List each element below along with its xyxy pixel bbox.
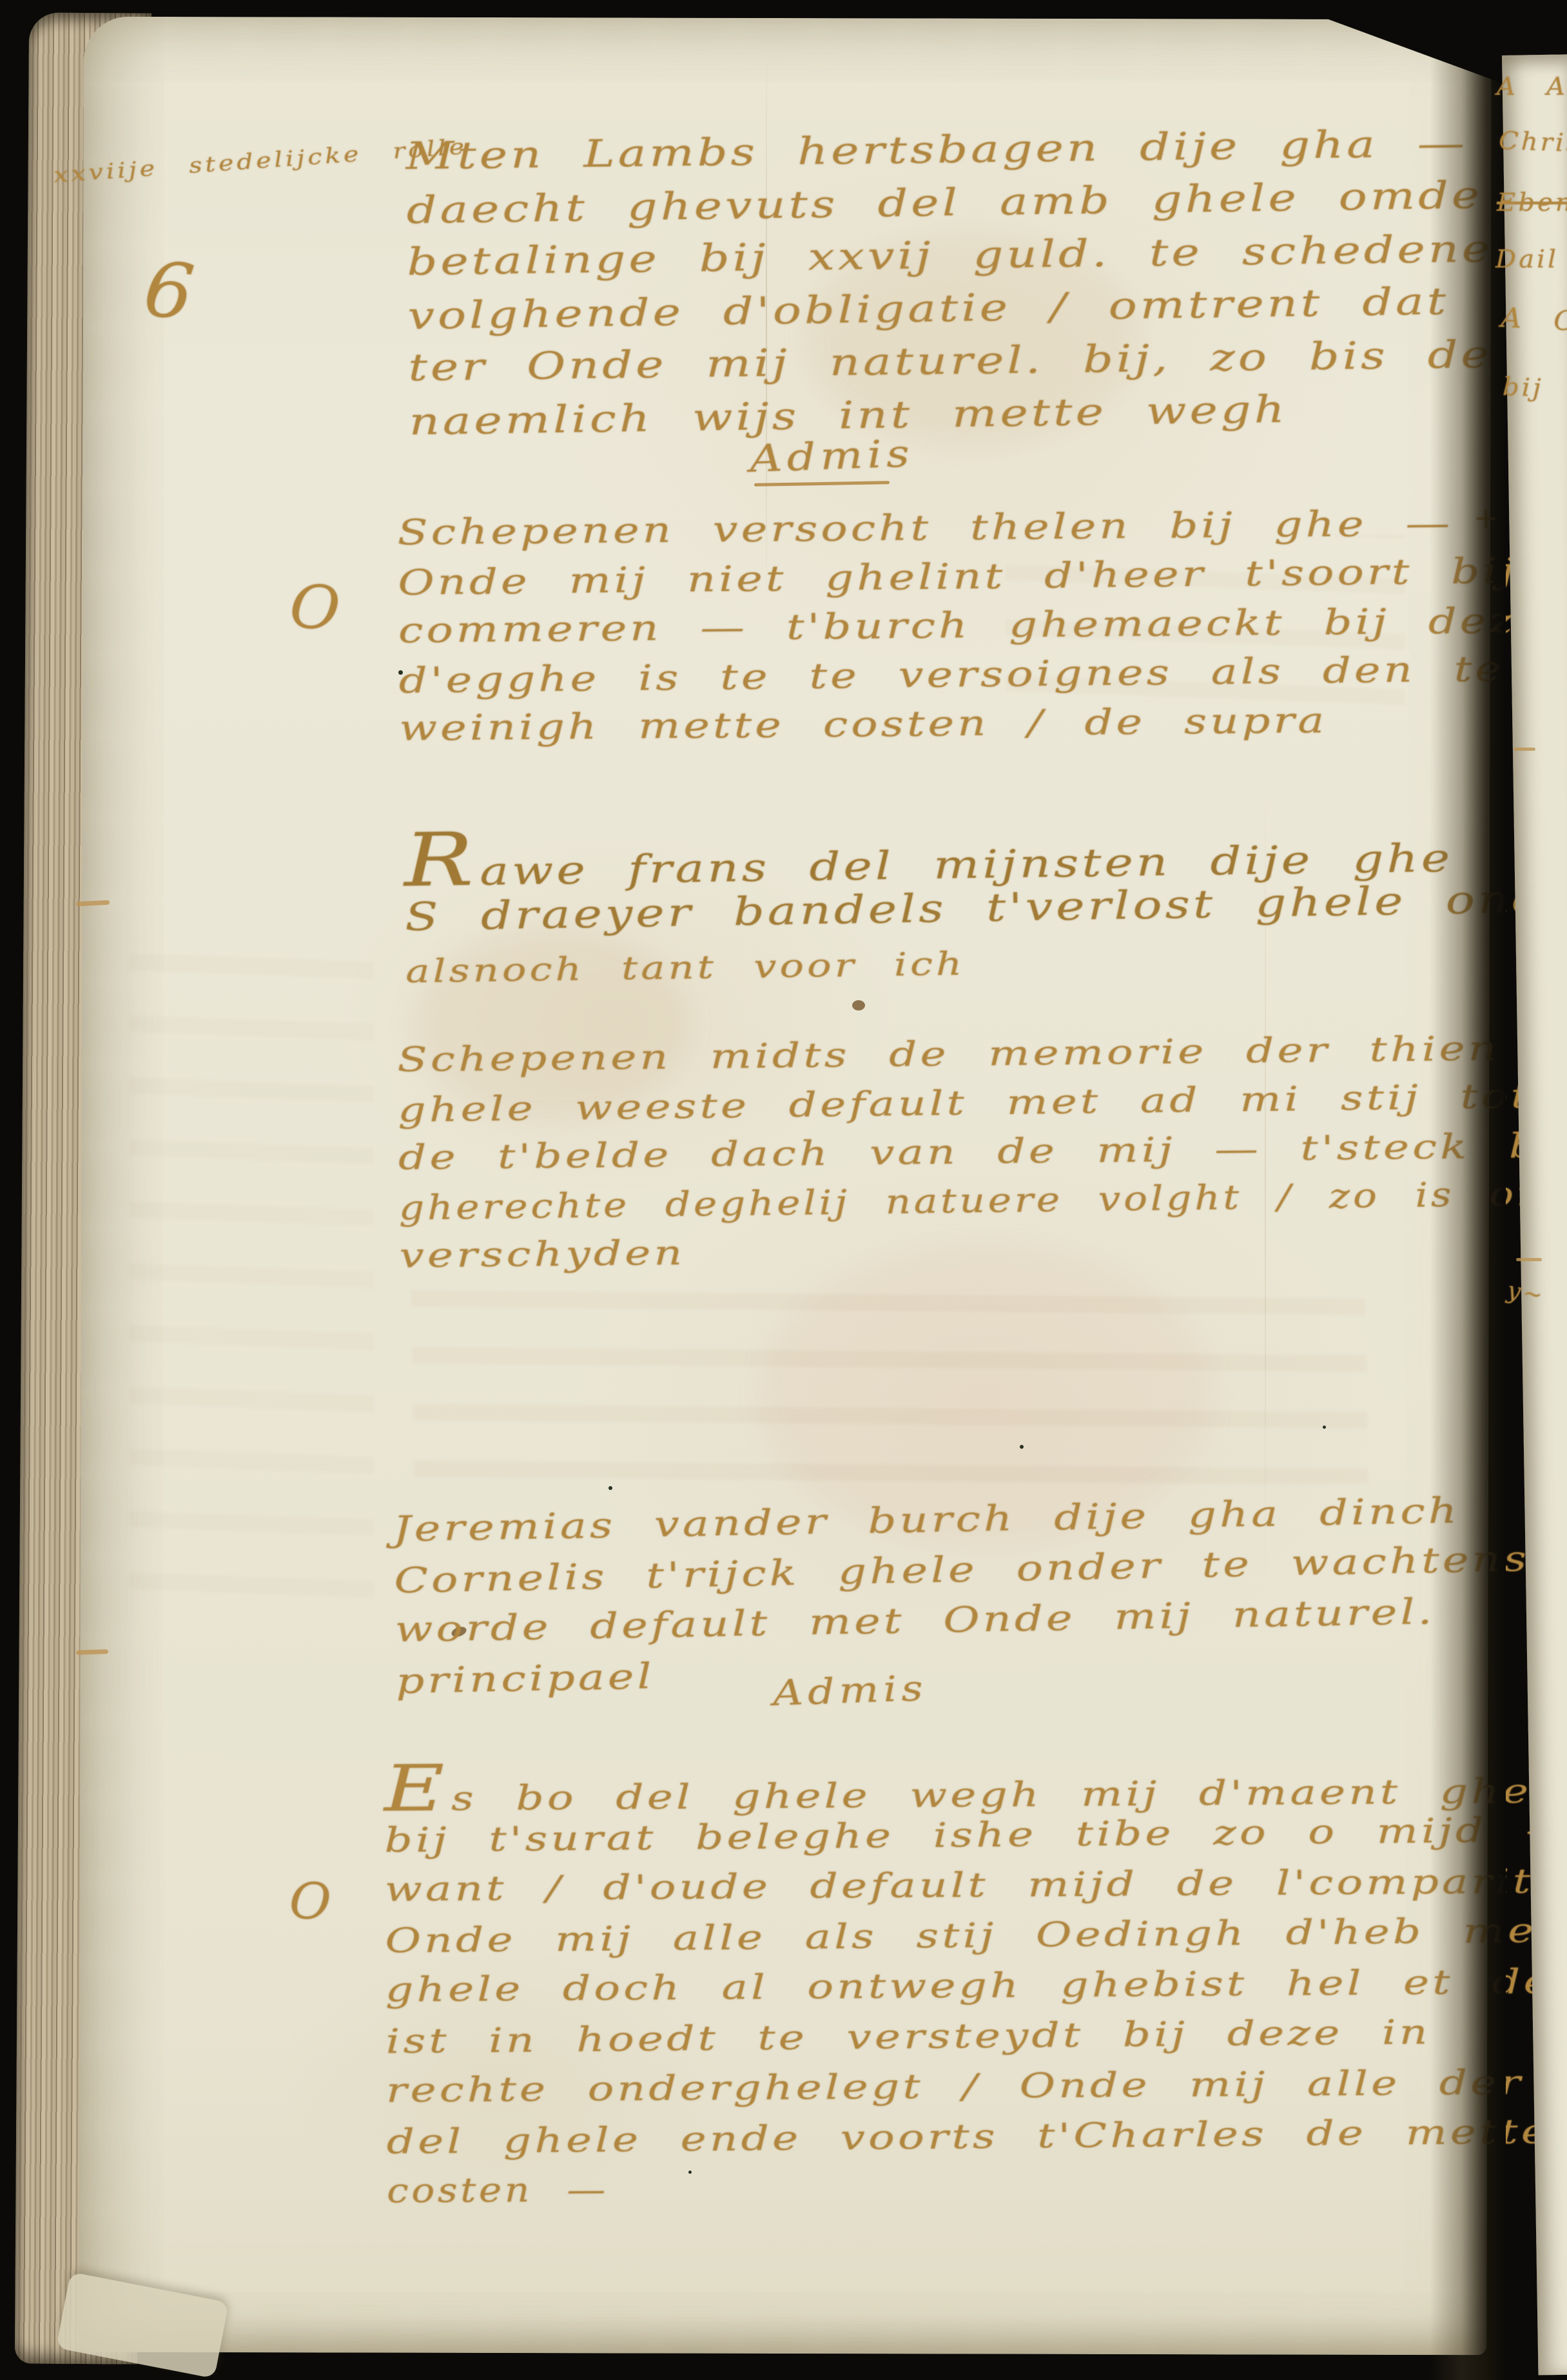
ink-blot: [852, 1000, 865, 1011]
facing-page-line: Chrisli: [1498, 126, 1567, 159]
roll-entry-3: Rawe frans del mijnsten dije ghe S draey…: [404, 820, 1366, 1000]
ink-speck: [1323, 1426, 1326, 1429]
manuscript-line: weinigh mette costen / de supra: [399, 693, 1567, 753]
margin-mark-circle-bottom: O: [288, 1875, 335, 1929]
manuscript-line: ghele doch al ontwegh ghebist hel et de: [385, 1956, 1567, 2015]
decision-word-admis: Admis: [772, 1668, 928, 1714]
margin-mark-six: 6: [141, 250, 200, 332]
facing-page-line: A Abud: [1497, 72, 1567, 101]
roll-entry-1: Mten Lambs hertsbagen dije gha — daecht …: [405, 118, 1370, 447]
manuscript-scan: xxviije stedelijcke rolle 6 O O + Mten L…: [0, 0, 1567, 2380]
roll-entry-4: Schepenen midts de memorie der thien sti…: [397, 1024, 1567, 1281]
manuscript-line: Es bo del ghele wegh mij d'maent ghemaec…: [384, 1755, 1567, 1814]
facing-page-line: Dail f: [1495, 245, 1567, 273]
ink-bleedthrough: [411, 1271, 1368, 1500]
facing-page-line: bij h: [1502, 372, 1567, 404]
roll-entry-2: Schepenen versocht thelen bij ghe — Onde…: [397, 499, 1370, 753]
margin-mark-circle-top: O: [287, 576, 345, 641]
facing-page-squiggle: y~: [1506, 1277, 1547, 1310]
manuscript-line: want / d'oude default mijd de l'comparit…: [385, 1855, 1567, 1915]
facing-page-line-struck: Ebendg: [1497, 188, 1567, 217]
ink-bleedthrough: [129, 922, 374, 1618]
facing-page-dash: [1516, 1258, 1542, 1261]
decision-word-admis: Admis: [749, 431, 915, 481]
ink-speck: [608, 1486, 612, 1490]
facing-page-dash: [1513, 748, 1535, 751]
ink-speck: [1020, 1445, 1024, 1449]
book-gutter-shadow: [1430, 0, 1506, 2380]
roll-entry-6: Es bo del ghele wegh mij d'maent ghemaec…: [384, 1757, 1410, 2216]
manuscript-line: rechte onderghelegt / Onde mij alle der: [386, 2056, 1567, 2116]
manuscript-line: costen —: [387, 2158, 1563, 2217]
